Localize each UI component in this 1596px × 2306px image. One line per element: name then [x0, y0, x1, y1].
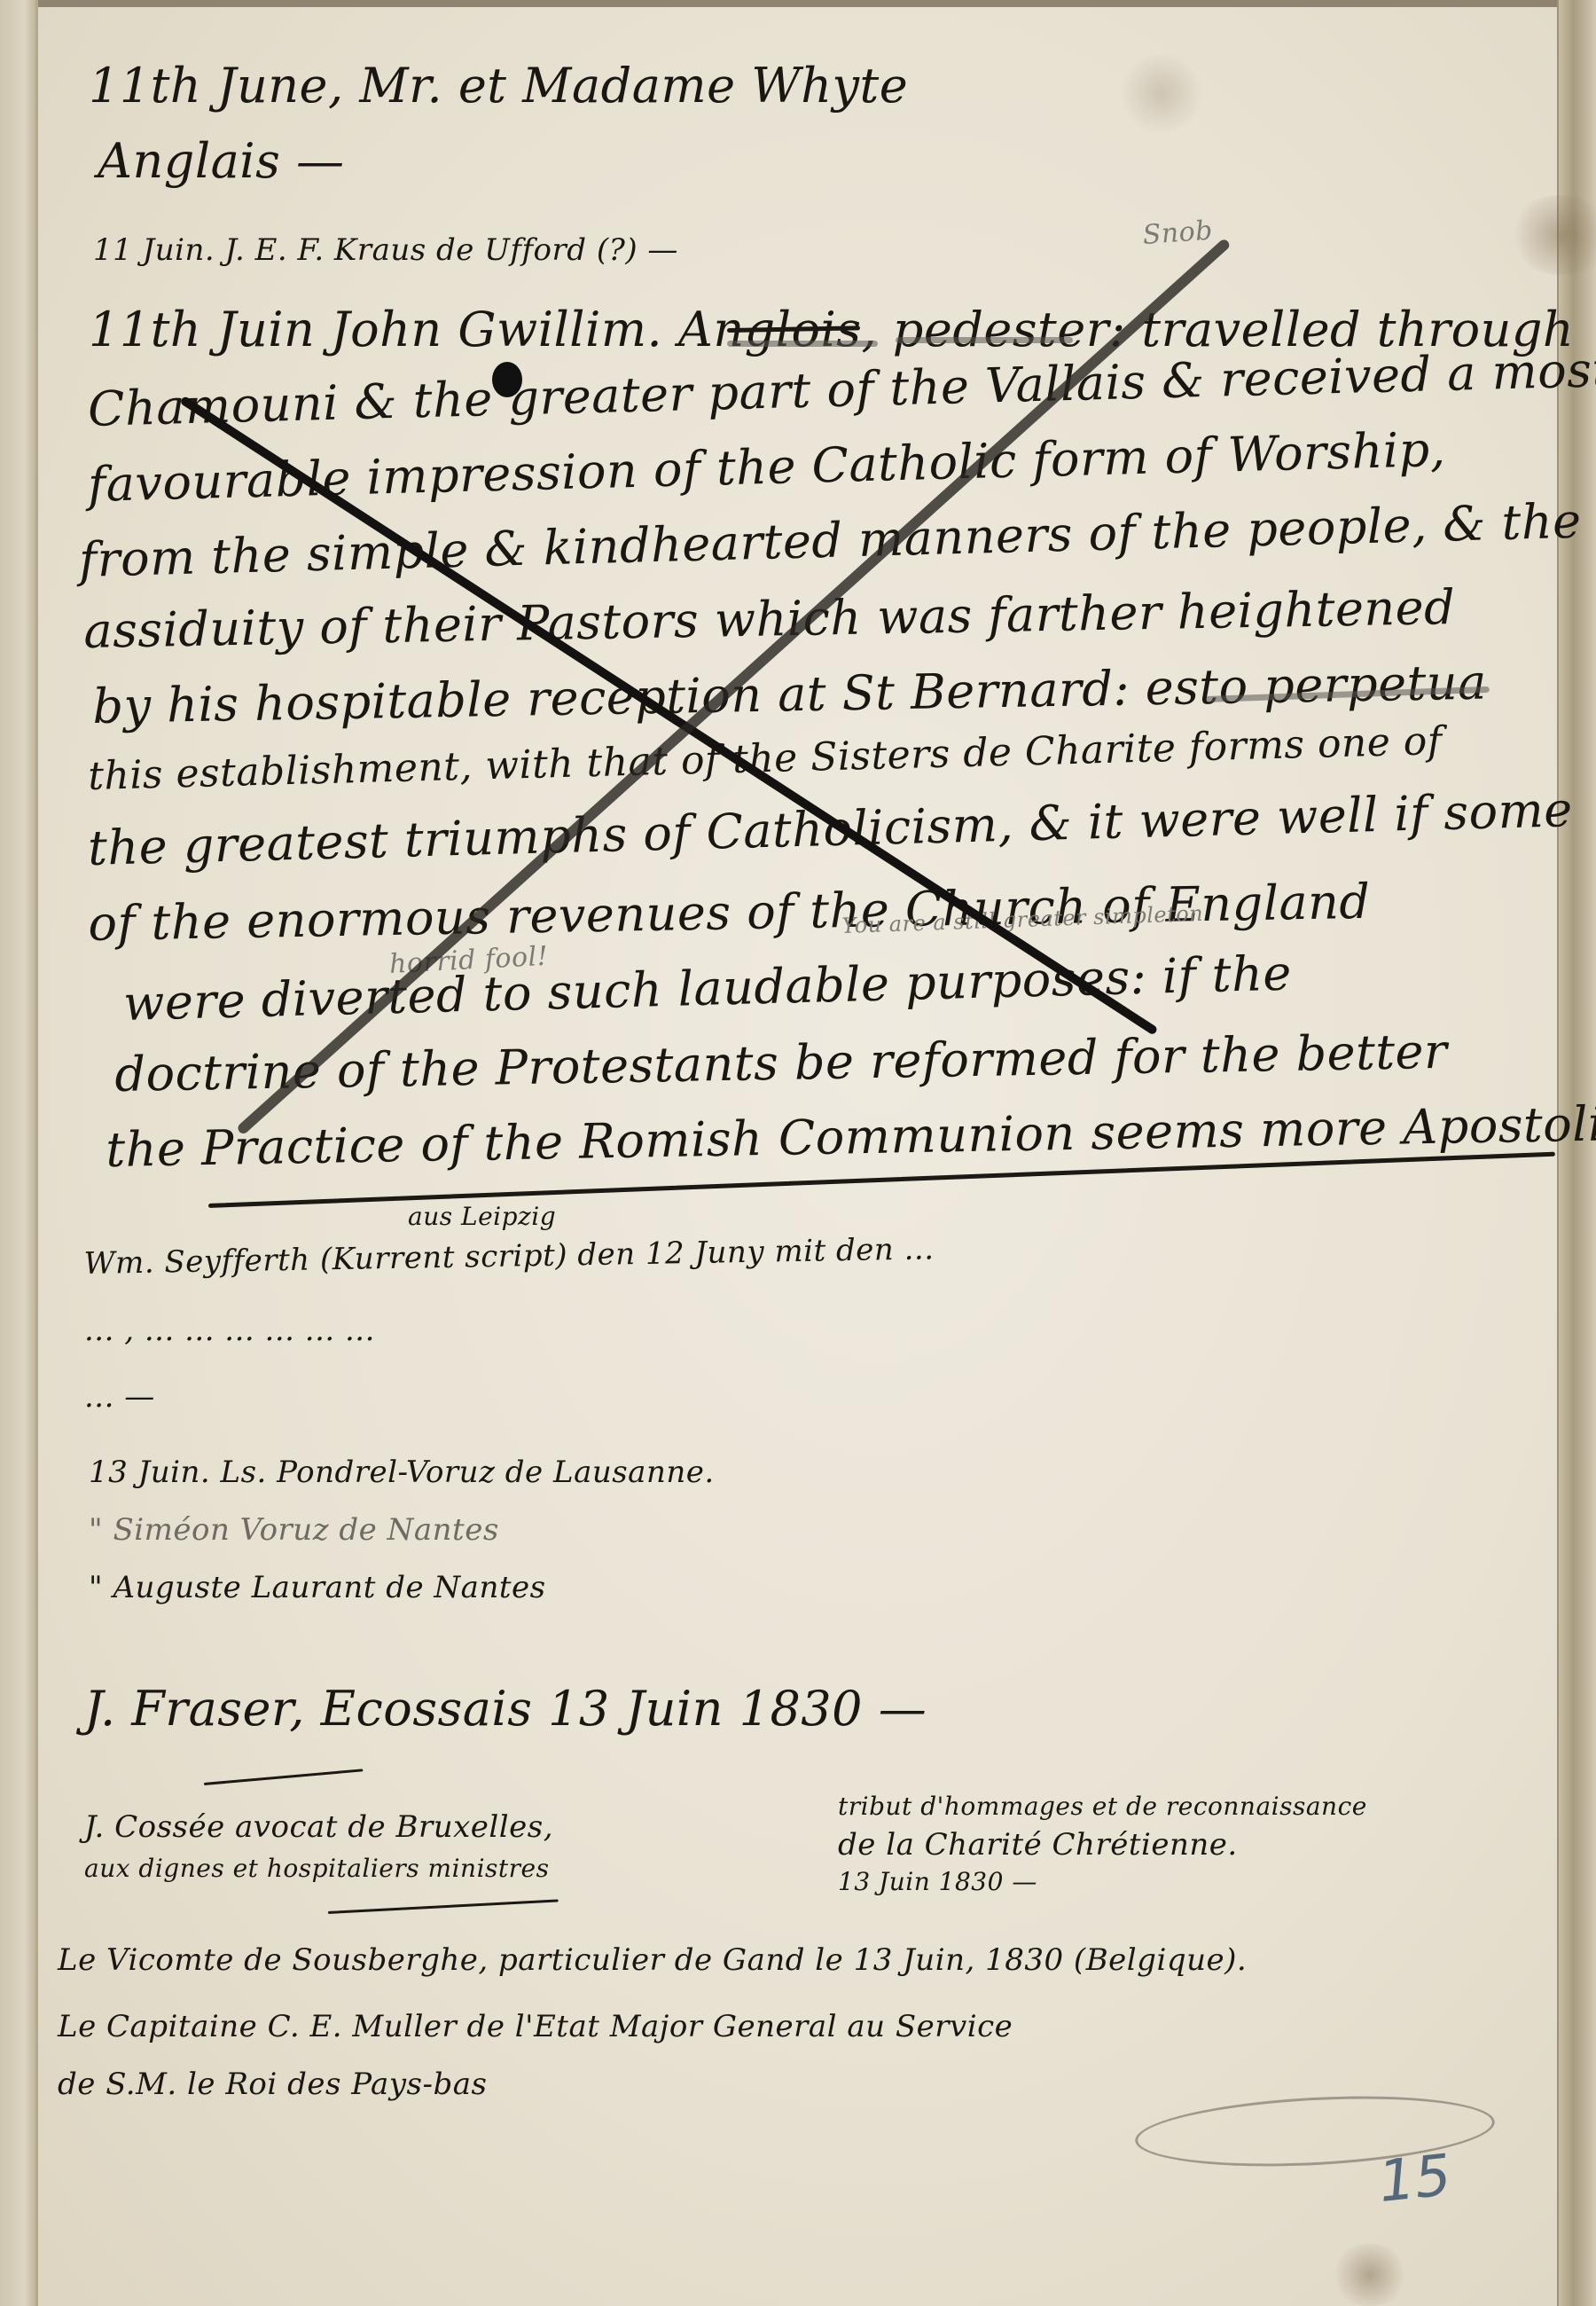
entry-voruz-line-2: " Siméon Voruz de Nantes — [89, 1512, 499, 1548]
entry-cossee-line-3: tribut d'hommages et de reconnaissance — [838, 1792, 1367, 1821]
water-stain — [1117, 53, 1206, 133]
water-stain — [1507, 195, 1596, 275]
entry-seyfferth-origin: aus Leipzig — [408, 1202, 556, 1231]
book-top-edge — [0, 0, 1596, 7]
entry-voruz-line-3: " Auguste Laurant de Nantes — [89, 1570, 546, 1605]
entry-gwillim-line-4: from the simple & kindhearted manners of… — [78, 493, 1582, 588]
water-stain — [1330, 2244, 1410, 2306]
manuscript-page: 11th June, Mr. et Madame Whyte Anglais —… — [0, 0, 1596, 2306]
entry-seyfferth-line-3: ... — — [84, 1379, 155, 1415]
annotation-snob: Snob — [1142, 216, 1214, 251]
entry-muller-line-1: Le Capitaine C. E. Muller de l'Etat Majo… — [58, 2009, 1013, 2044]
entry-cossee-line-2: aux dignes et hospitaliers ministres — [84, 1854, 549, 1883]
entry-gwillim-line-12: the Practice of the Romish Communion see… — [106, 1095, 1596, 1178]
entry-kraus-line-1: 11 Juin. J. E. F. Kraus de Ufford (?) — — [93, 232, 678, 268]
pencil-underline-anglois — [727, 341, 878, 347]
entry-muller-line-2: de S.M. le Roi des Pays-bas — [58, 2067, 487, 2102]
entry-whyte-line-1: 11th June, Mr. et Madame Whyte — [89, 58, 908, 114]
entry-whyte-line-2: Anglais — — [98, 133, 344, 189]
gutter-fold — [35, 0, 38, 2306]
pencil-underline-pedester — [896, 337, 1073, 343]
entry-gwillim-line-10: were diverted to such laudable purposes:… — [122, 945, 1292, 1031]
underline-cossee — [328, 1899, 559, 1914]
entry-vicomte-line-1: Le Vicomte de Sousberghe, particulier de… — [58, 1942, 1247, 1978]
adjacent-page-edge — [0, 0, 37, 2306]
entry-cossee-line-5: 13 Juin 1830 — — [838, 1867, 1037, 1896]
ink-blot — [492, 362, 522, 397]
page-number: 15 — [1375, 2143, 1454, 2216]
entry-voruz-line-1: 13 Juin. Ls. Pondrel-Voruz de Lausanne. — [89, 1455, 715, 1490]
entry-cossee-line-1: J. Cossée avocat de Bruxelles, — [84, 1809, 553, 1845]
entry-gwillim-line-8: the greatest triumphs of Catholicism, & … — [87, 781, 1573, 876]
entry-seyfferth-line-1: Wm. Seyfferth (Kurrent script) den 12 Ju… — [83, 1231, 935, 1282]
entry-cossee-line-4: de la Charité Chrétienne. — [838, 1827, 1238, 1863]
underline-fraser — [204, 1769, 364, 1785]
entry-seyfferth-line-2: ... , ... ... ... ... ... ... — [84, 1313, 375, 1348]
entry-fraser-line-1: J. Fraser, Ecossais 13 Juin 1830 — — [84, 1681, 927, 1737]
